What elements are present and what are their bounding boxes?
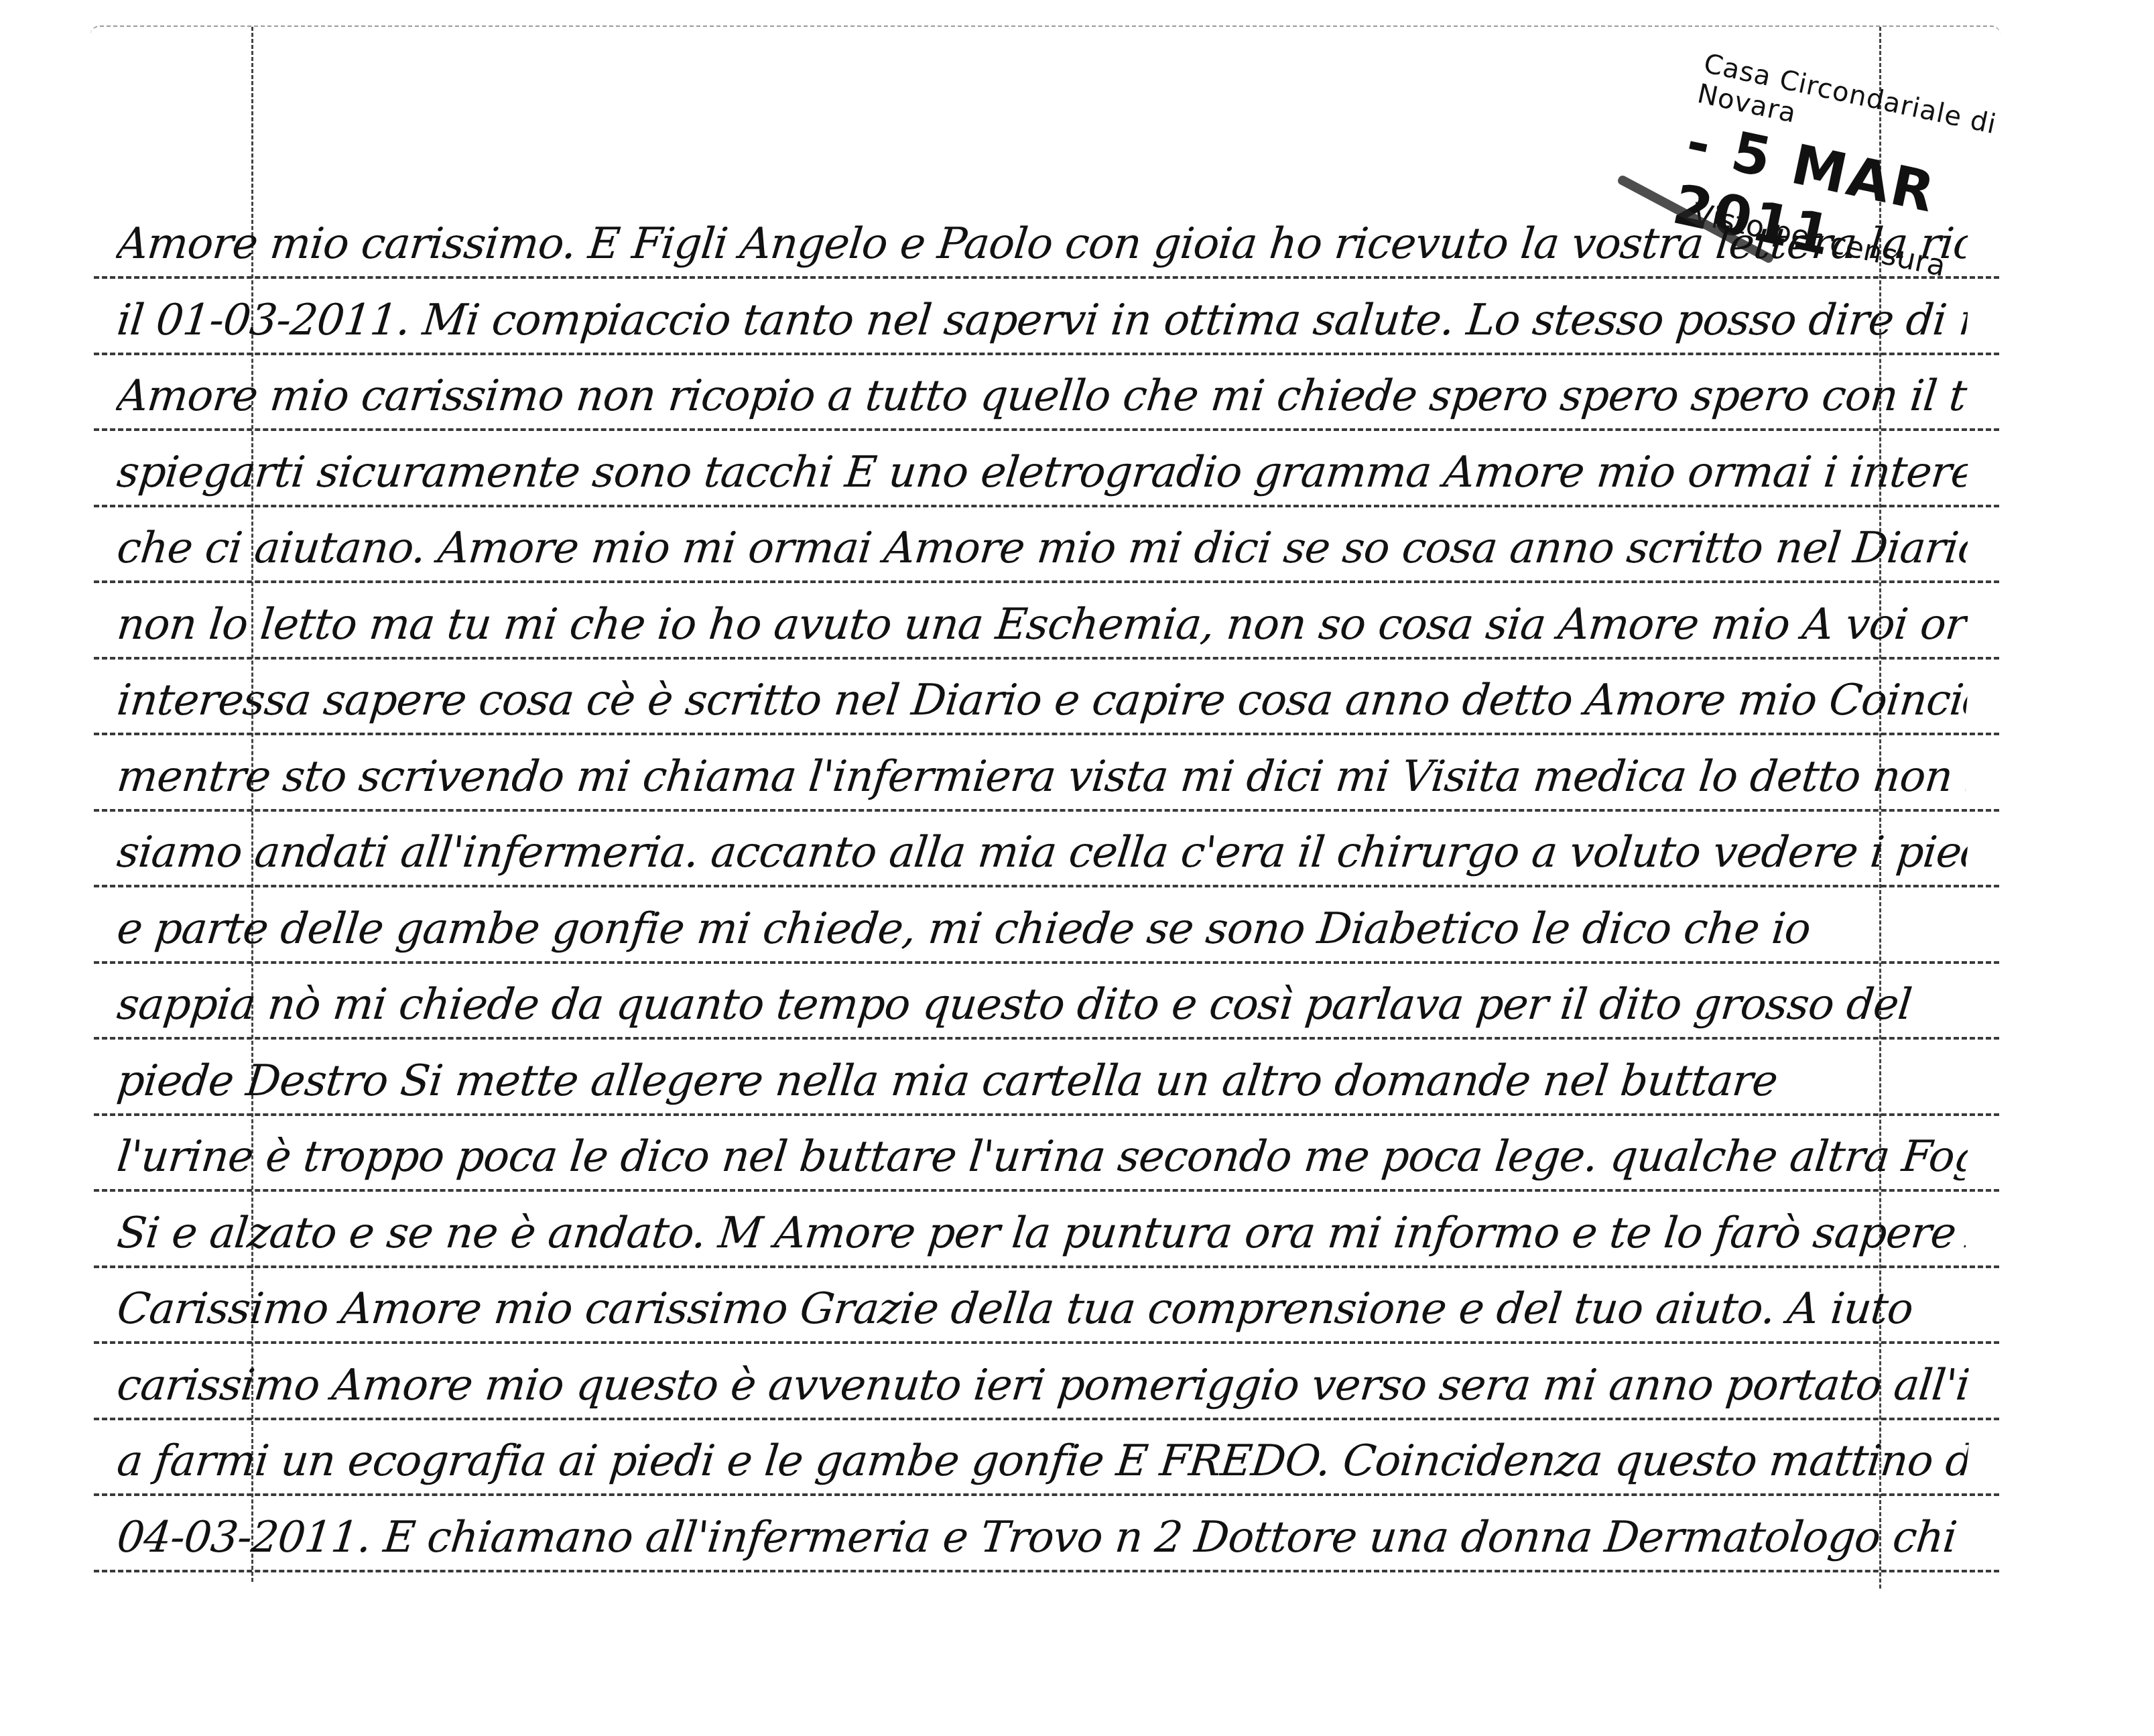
- handwritten-line: spiegarti sicuramente sono tacchi E uno …: [113, 432, 1972, 513]
- handwritten-line: e parte delle gambe gonfie mi chiede, mi…: [113, 889, 1972, 969]
- handwritten-line: Carissimo Amore mio carissimo Grazie del…: [113, 1269, 1972, 1349]
- handwritten-line: carissimo Amore mio questo è avvenuto ie…: [113, 1345, 1972, 1426]
- handwritten-line: 04-03-2011. E chiamano all'infermeria e …: [113, 1497, 1972, 1578]
- handwritten-line: sappia nò mi chiede da quanto tempo ques…: [113, 965, 1972, 1045]
- handwritten-line: interessa sapere cosa cè è scritto nel D…: [113, 660, 1972, 741]
- handwritten-line: a farmi un ecografia ai piedi e le gambe…: [113, 1421, 1972, 1501]
- handwritten-line: che ci aiutano. Amore mio mi ormai Amore…: [113, 508, 1972, 588]
- handwritten-line: Amore mio carissimo. E Figli Angelo e Pa…: [113, 204, 1972, 284]
- handwritten-line: non lo letto ma tu mi che io ho avuto un…: [113, 584, 1972, 665]
- handwritten-line: piede Destro Si mette allegere nella mia…: [113, 1041, 1972, 1121]
- handwritten-line: Si e alzato e se ne è andato. M Amore pe…: [113, 1193, 1972, 1274]
- handwritten-line: l'urine è troppo poca le dico nel buttar…: [113, 1117, 1972, 1197]
- handwritten-line: Amore mio carissimo non ricopio a tutto …: [113, 356, 1972, 436]
- handwritten-line: mentre sto scrivendo mi chiama l'infermi…: [113, 737, 1972, 817]
- handwritten-line: il 01-03-2011. Mi compiaccio tanto nel s…: [113, 280, 1972, 361]
- handwritten-line: siamo andati all'infermeria. accanto all…: [113, 812, 1972, 893]
